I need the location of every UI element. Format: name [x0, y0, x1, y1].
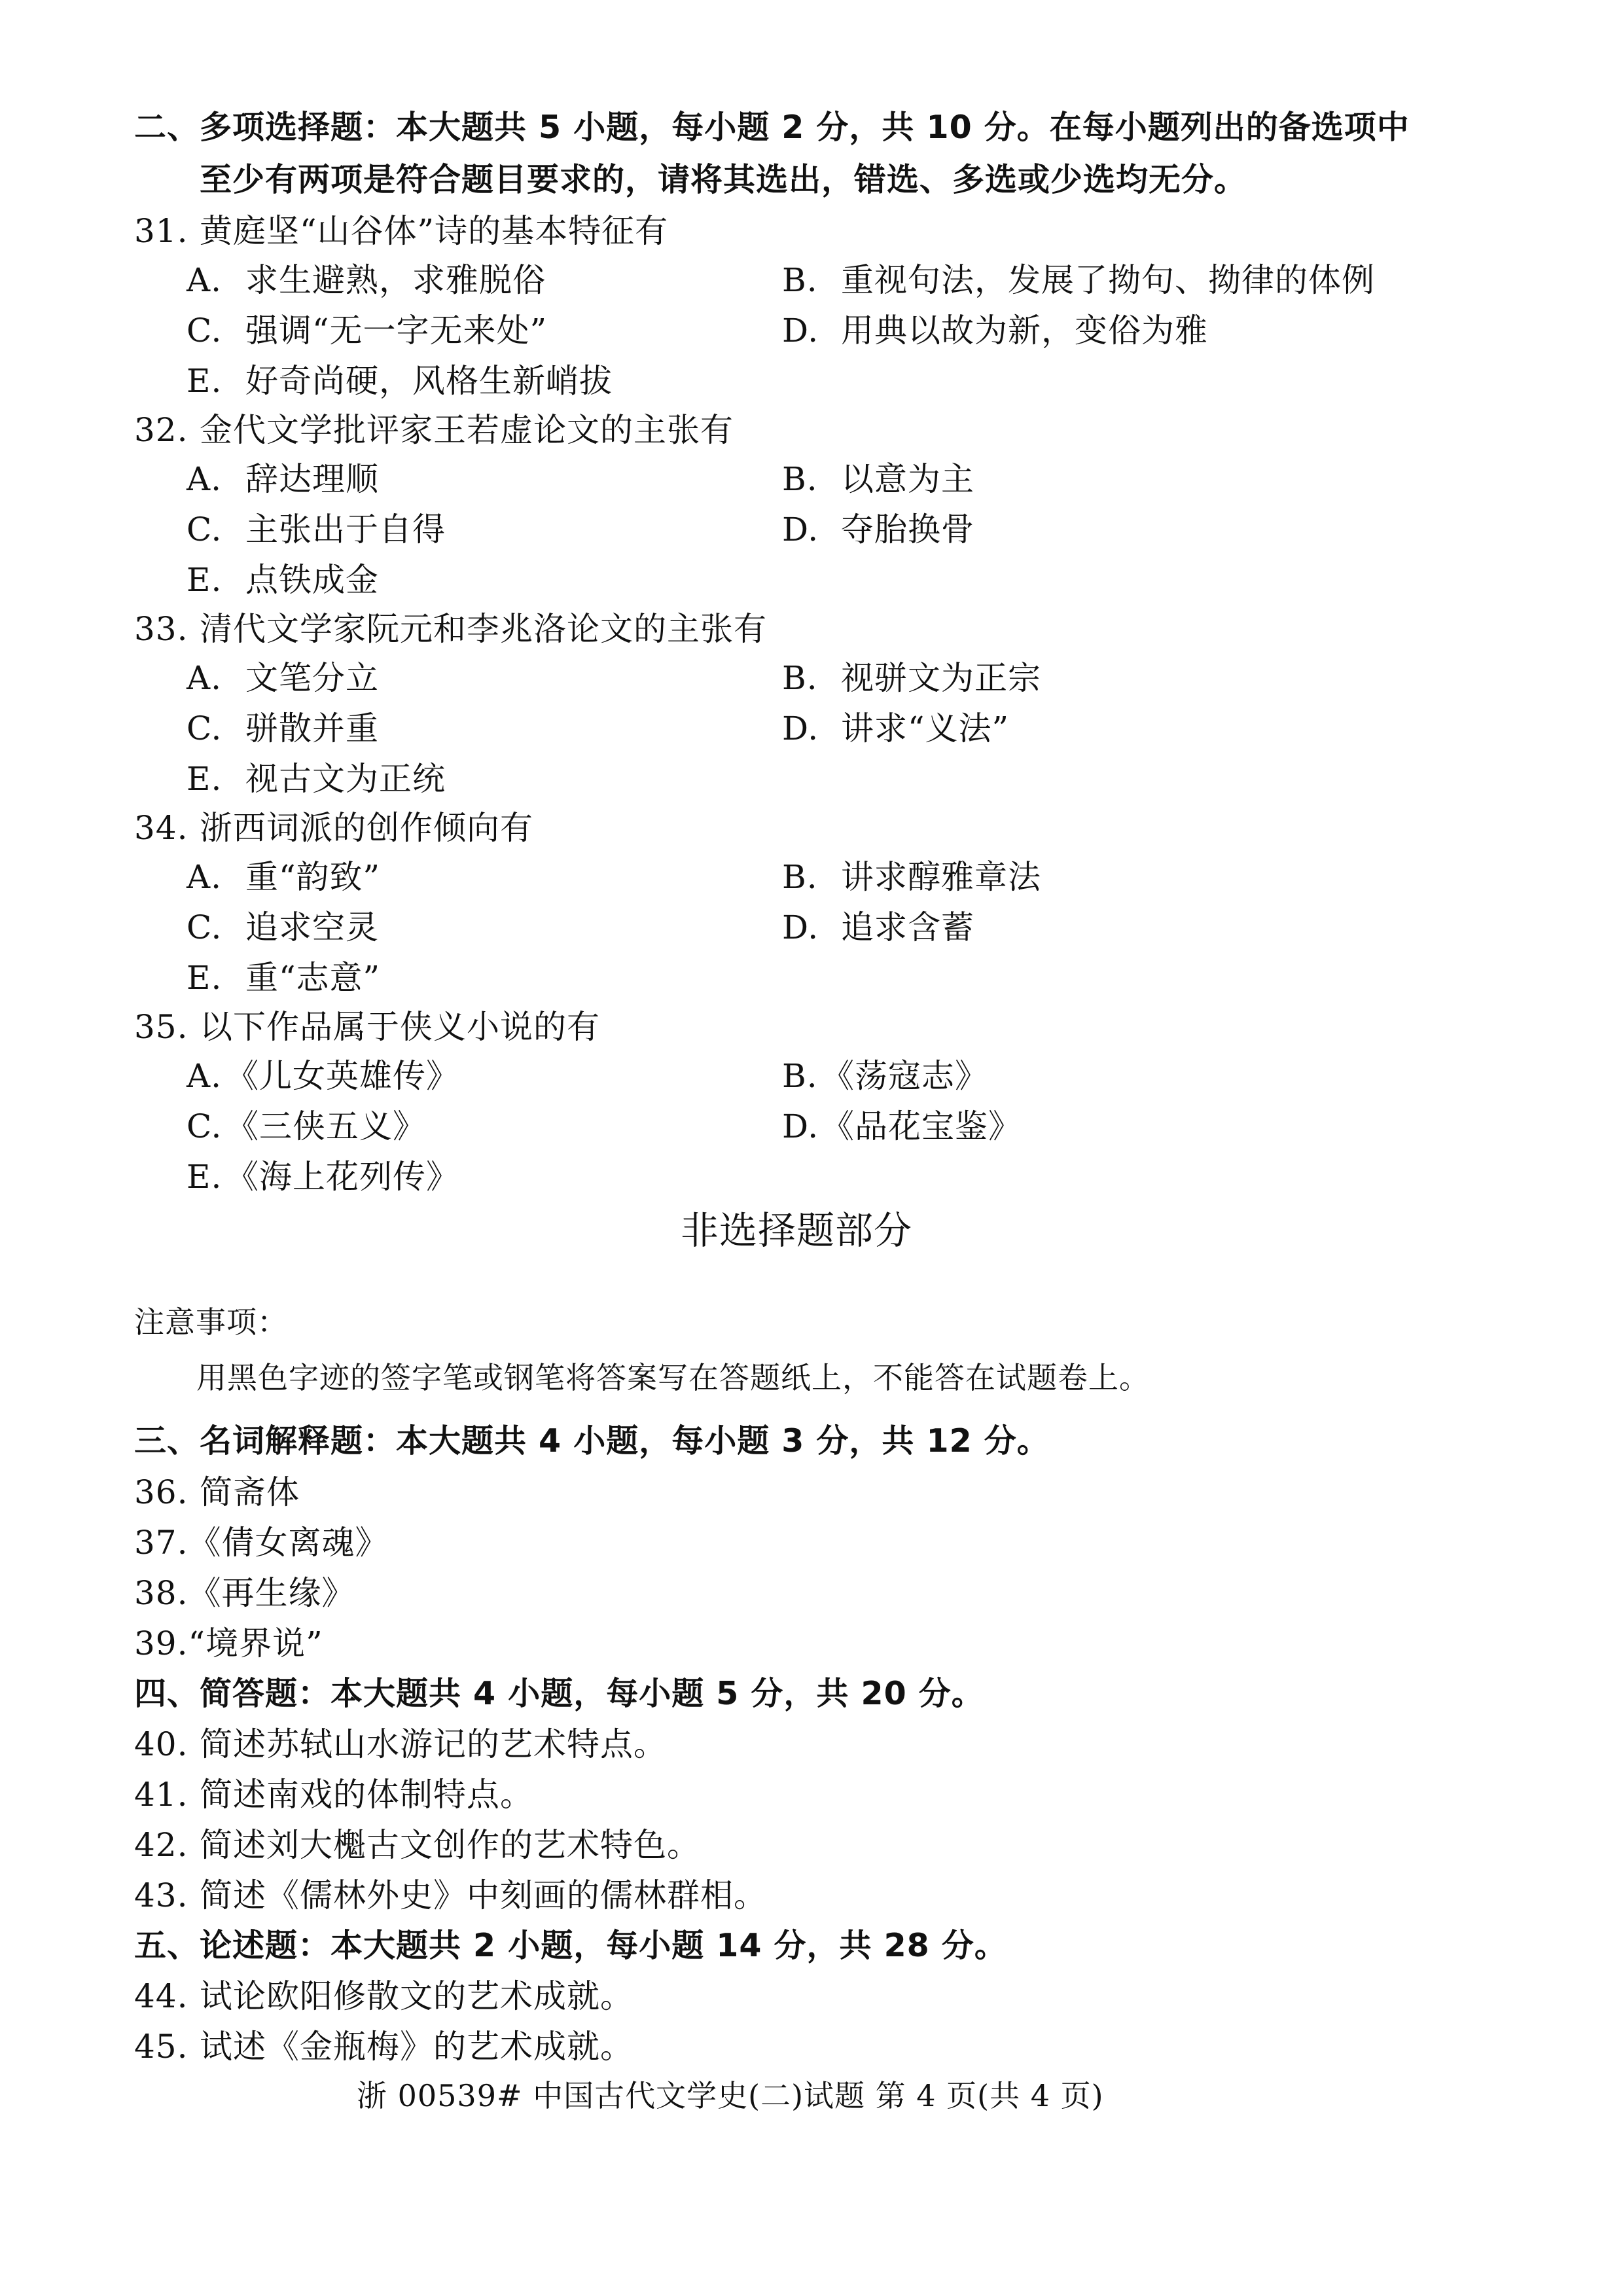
option-34-a: A.重“韵致” — [187, 857, 380, 897]
option-text: 视古文为正统 — [245, 760, 446, 798]
option-text: 夺胎换骨 — [841, 511, 974, 548]
option-label: D. — [782, 1107, 821, 1146]
question-text: 《倩女离魂》 — [188, 1524, 389, 1562]
option-text: 追求空灵 — [245, 908, 379, 946]
option-34-d: D.追求含蓄 — [782, 908, 974, 947]
option-text: 主张出于自得 — [245, 511, 446, 548]
option-34-c: C.追求空灵 — [187, 908, 379, 947]
option-label: C. — [187, 1107, 226, 1146]
option-31-a: A.求生避熟，求雅脱俗 — [187, 260, 546, 300]
option-label: B. — [782, 459, 841, 499]
question-text: 简述刘大櫆古文创作的艺术特色。 — [200, 1826, 700, 1864]
option-label: A. — [187, 260, 245, 300]
section4-heading: 四、简答题：本大题共 4 小题，每小题 5 分，共 20 分。 — [134, 1674, 984, 1713]
option-label: B. — [782, 658, 841, 698]
question-number: 41. — [134, 1775, 200, 1814]
section2-heading-line2: 至少有两项是符合题目要求的，请将其选出，错选、多选或少选均无分。 — [200, 160, 1247, 200]
question-32: 32.金代文学批评家王若虚论文的主张有 — [134, 410, 734, 450]
option-label: E. — [187, 560, 245, 600]
section3-heading: 三、名词解释题：本大题共 4 小题，每小题 3 分，共 12 分。 — [134, 1422, 1050, 1461]
question-text: 简斋体 — [200, 1473, 300, 1511]
option-33-e: E.视古文为正统 — [187, 759, 446, 798]
option-35-e: E.《海上花列传》 — [187, 1157, 459, 1196]
question-number: 37. — [134, 1523, 188, 1562]
option-33-b: B.视骈文为正宗 — [782, 658, 1041, 698]
question-43: 43.简述《儒林外史》中刻画的儒林群相。 — [134, 1876, 767, 1915]
option-text: 辞达理顺 — [245, 460, 379, 498]
exam-page: 二、多项选择题：本大题共 5 小题，每小题 2 分，共 10 分。在每小题列出的… — [0, 0, 1623, 2296]
option-31-b: B.重视句法，发展了拗句、拗律的体例 — [782, 260, 1375, 300]
question-number: 35. — [134, 1007, 200, 1047]
notice-label: 注意事项： — [134, 1302, 288, 1342]
option-text: 好奇尚硬，风格生新峭拔 — [245, 362, 613, 400]
question-stem: 清代文学家阮元和李兆洛论文的主张有 — [200, 610, 767, 648]
question-44: 44.试论欧阳修散文的艺术成就。 — [134, 1977, 633, 2016]
option-text: 文笔分立 — [245, 659, 379, 697]
question-40: 40.简述苏轼山水游记的艺术特点。 — [134, 1725, 667, 1764]
option-31-c: C.强调“无一字无来处” — [187, 311, 547, 350]
option-34-e: E.重“志意” — [187, 958, 380, 997]
option-32-c: C.主张出于自得 — [187, 510, 446, 549]
option-text: 骈散并重 — [245, 709, 379, 747]
option-35-a: A.《儿女英雄传》 — [187, 1056, 459, 1096]
option-35-d: D.《品花宝鉴》 — [782, 1107, 1022, 1146]
question-stem: 以下作品属于侠义小说的有 — [200, 1008, 600, 1046]
question-number: 43. — [134, 1876, 200, 1915]
question-stem: 黄庭坚“山谷体”诗的基本特征有 — [200, 212, 668, 250]
option-text: 强调“无一字无来处” — [245, 312, 547, 350]
option-label: E. — [187, 361, 245, 401]
option-31-e: E.好奇尚硬，风格生新峭拔 — [187, 361, 613, 401]
question-number: 38. — [134, 1573, 188, 1613]
question-number: 45. — [134, 2027, 200, 2066]
option-text: 《儿女英雄传》 — [226, 1057, 459, 1095]
option-label: A. — [187, 857, 245, 897]
option-label: C. — [187, 709, 245, 748]
notice-text: 用黑色字迹的签字笔或钢笔将答案写在答题纸上，不能答在试题卷上。 — [196, 1358, 1150, 1397]
question-text: “境界说” — [188, 1624, 323, 1662]
question-36: 36.简斋体 — [134, 1473, 300, 1512]
question-text: 试述《金瓶梅》的艺术成就。 — [200, 2028, 633, 2066]
option-text: 《三侠五义》 — [226, 1107, 426, 1145]
question-35: 35.以下作品属于侠义小说的有 — [134, 1007, 600, 1047]
option-label: B. — [782, 1056, 821, 1096]
option-label: D. — [782, 311, 841, 350]
question-45: 45.试述《金瓶梅》的艺术成就。 — [134, 2027, 633, 2066]
option-31-d: D.用典以故为新，变俗为雅 — [782, 311, 1208, 350]
question-number: 39. — [134, 1624, 188, 1663]
option-label: B. — [782, 260, 841, 300]
option-label: A. — [187, 658, 245, 698]
question-33: 33.清代文学家阮元和李兆洛论文的主张有 — [134, 609, 767, 649]
option-text: 追求含蓄 — [841, 908, 974, 946]
question-number: 36. — [134, 1473, 200, 1512]
option-text: 点铁成金 — [245, 561, 379, 599]
question-41: 41.简述南戏的体制特点。 — [134, 1775, 533, 1814]
option-text: 《品花宝鉴》 — [821, 1107, 1022, 1145]
question-number: 33. — [134, 609, 200, 649]
option-32-a: A.辞达理顺 — [187, 459, 379, 499]
option-label: C. — [187, 908, 245, 947]
question-number: 32. — [134, 410, 200, 450]
option-text: 重视句法，发展了拗句、拗律的体例 — [841, 261, 1375, 299]
option-label: C. — [187, 311, 245, 350]
question-stem: 浙西词派的创作倾向有 — [200, 809, 533, 847]
option-label: B. — [782, 857, 841, 897]
question-39: 39.“境界说” — [134, 1624, 323, 1663]
question-number: 44. — [134, 1977, 200, 2016]
option-text: 讲求醇雅章法 — [841, 858, 1041, 896]
option-32-e: E.点铁成金 — [187, 560, 379, 600]
option-33-c: C.骈散并重 — [187, 709, 379, 748]
question-text: 试论欧阳修散文的艺术成就。 — [200, 1977, 633, 2015]
option-label: D. — [782, 908, 841, 947]
question-38: 38.《再生缘》 — [134, 1573, 355, 1613]
option-34-b: B.讲求醇雅章法 — [782, 857, 1041, 897]
option-32-d: D.夺胎换骨 — [782, 510, 974, 549]
option-text: 重“志意” — [245, 959, 380, 997]
option-33-d: D.讲求“义法” — [782, 709, 1009, 748]
question-number: 31. — [134, 211, 200, 251]
option-label: A. — [187, 459, 245, 499]
question-number: 42. — [134, 1825, 200, 1865]
question-42: 42.简述刘大櫆古文创作的艺术特色。 — [134, 1825, 700, 1865]
page-footer: 浙 00539# 中国古代文学史(二)试题 第 4 页(共 4 页) — [357, 2076, 1104, 2115]
option-text: 重“韵致” — [245, 858, 380, 896]
question-stem: 金代文学批评家王若虚论文的主张有 — [200, 411, 734, 449]
option-label: D. — [782, 709, 841, 748]
option-label: E. — [187, 1157, 226, 1196]
option-text: 用典以故为新，变俗为雅 — [841, 312, 1208, 350]
option-text: 以意为主 — [841, 460, 974, 498]
option-text: 讲求“义法” — [841, 709, 1009, 747]
option-text: 《荡寇志》 — [821, 1057, 988, 1095]
option-text: 求生避熟，求雅脱俗 — [245, 261, 546, 299]
section5-heading: 五、论述题：本大题共 2 小题，每小题 14 分，共 28 分。 — [134, 1926, 1007, 1965]
option-label: E. — [187, 759, 245, 798]
option-32-b: B.以意为主 — [782, 459, 974, 499]
question-text: 《再生缘》 — [188, 1574, 355, 1612]
option-label: A. — [187, 1056, 226, 1096]
question-37: 37.《倩女离魂》 — [134, 1523, 389, 1562]
option-label: D. — [782, 510, 841, 549]
question-text: 简述《儒林外史》中刻画的儒林群相。 — [200, 1876, 767, 1914]
question-34: 34.浙西词派的创作倾向有 — [134, 808, 533, 848]
option-label: C. — [187, 510, 245, 549]
question-number: 40. — [134, 1725, 200, 1764]
non-choice-section-title: 非选择题部分 — [681, 1208, 912, 1253]
option-text: 视骈文为正宗 — [841, 659, 1041, 697]
question-text: 简述南戏的体制特点。 — [200, 1776, 533, 1814]
section2-heading-line1: 二、多项选择题：本大题共 5 小题，每小题 2 分，共 10 分。在每小题列出的… — [134, 108, 1410, 147]
option-text: 《海上花列传》 — [226, 1158, 459, 1196]
question-31: 31.黄庭坚“山谷体”诗的基本特征有 — [134, 211, 668, 251]
option-label: E. — [187, 958, 245, 997]
question-text: 简述苏轼山水游记的艺术特点。 — [200, 1725, 667, 1763]
option-33-a: A.文笔分立 — [187, 658, 379, 698]
option-35-b: B.《荡寇志》 — [782, 1056, 988, 1096]
option-35-c: C.《三侠五义》 — [187, 1107, 426, 1146]
question-number: 34. — [134, 808, 200, 848]
